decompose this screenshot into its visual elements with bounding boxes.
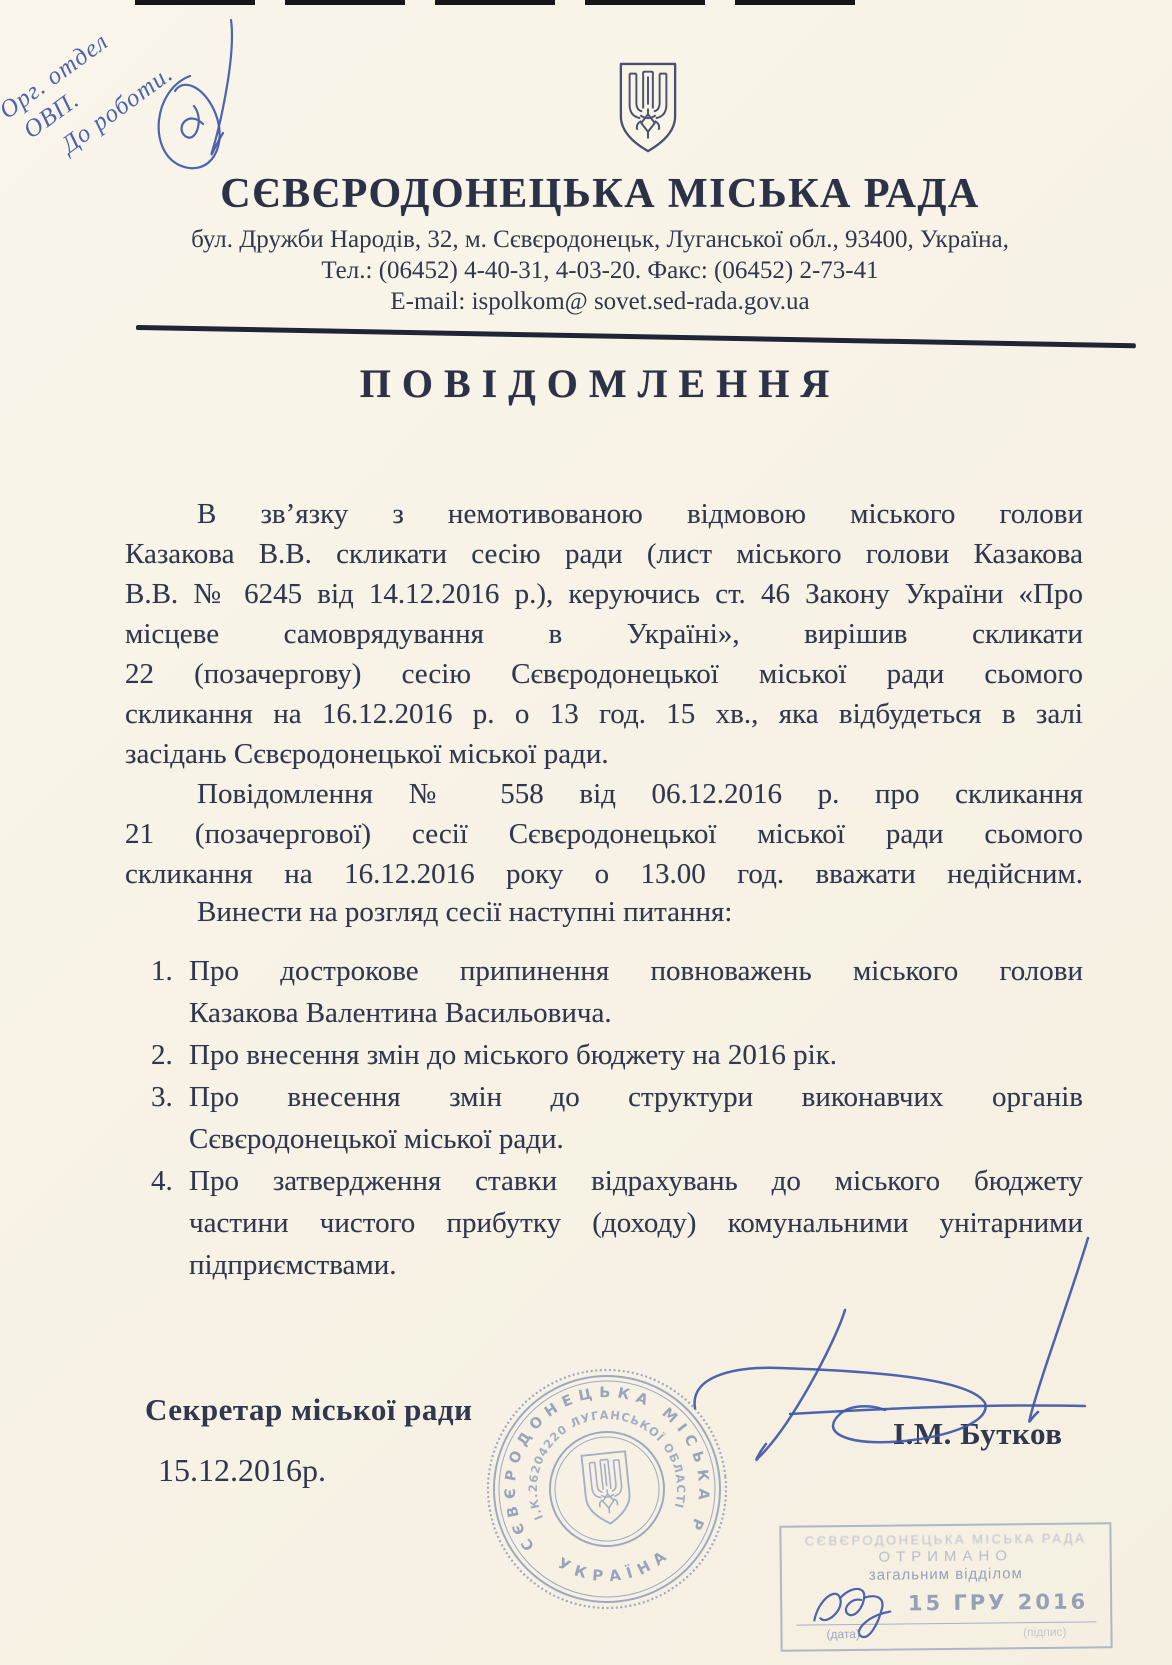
text-line: скликання на 16.12.2016 року о 13.00 год… <box>125 854 1083 894</box>
handwritten-signature-top <box>133 14 258 189</box>
document-title: ПОВІДОМЛЕННЯ <box>14 360 1172 407</box>
text-line: 22 (позачергову) сесію Сєвєродонецької м… <box>125 654 1083 694</box>
header-divider-line <box>136 325 1136 348</box>
text-line: Про дострокове припинення повноважень мі… <box>189 950 1083 992</box>
signer-role: Секретар міської ради <box>145 1392 472 1428</box>
agenda-item-number: 2. <box>151 1034 173 1076</box>
org-phone-fax: Тел.: (06452) 4-40-31, 4-03-20. Факс: (0… <box>14 257 1172 285</box>
org-address: бул. Дружби Народів, 32, м. Сєвєродонець… <box>14 226 1172 254</box>
handwritten-signature-main <box>640 1218 1110 1468</box>
org-name: СЄВЄРОДОНЕЦЬКА МІСЬКА РАДА <box>14 170 1172 218</box>
agenda-item: 1. Про дострокове припинення повноважень… <box>125 950 1083 1034</box>
stamp-sign-row: 15 ГРУ 2016 <box>796 1581 1096 1625</box>
text-line: 21 (позачергової) сесії Сєвєродонецької … <box>125 814 1083 854</box>
text-line: Казакова Валентина Васильовича. <box>189 992 1083 1034</box>
stamp-date: 15 ГРУ 2016 <box>908 1590 1089 1616</box>
text-line: Про внесення змін до міського бюджету на… <box>189 1034 1083 1076</box>
text-line: Про внесення змін до структури виконавчи… <box>189 1076 1083 1118</box>
text-line: В.В. № 6245 від 14.12.2016 р.), керуючис… <box>125 574 1083 614</box>
stamp-received-line: ОТРИМАНО <box>878 1547 1013 1565</box>
agenda-item: 3. Про внесення змін до структури викона… <box>125 1076 1083 1160</box>
text-line: Про затвердження ставки відрахувань до м… <box>189 1160 1083 1202</box>
paragraph-3: Винести на розгляд сесії наступні питанн… <box>125 892 1083 932</box>
stamp-date-caption: (дата) <box>826 1627 860 1641</box>
seal-trident-icon <box>582 1451 633 1526</box>
document-date: 15.12.2016р. <box>158 1452 326 1489</box>
text-line: Сєвєродонецької міської ради. <box>189 1118 1083 1160</box>
paragraph-1: В зв’язку з немотивованою відмовою міськ… <box>125 494 1083 774</box>
org-email: E-mail: ispolkom@ sovet.sed-rada.gov.ua <box>14 288 1172 316</box>
text-line: Винести на розгляд сесії наступні питанн… <box>125 892 1083 932</box>
stamp-org-line: СЄВЄРОДОНЕЦЬКА МІСЬКА РАДА <box>805 1531 1087 1549</box>
received-stamp: СЄВЄРОДОНЕЦЬКА МІСЬКА РАДА ОТРИМАНО зага… <box>779 1522 1112 1651</box>
text-line: Казакова В.В. скликати сесію ради (лист … <box>125 534 1083 574</box>
agenda-item-number: 1. <box>151 950 173 992</box>
text-line: Повідомлення № 558 від 06.12.2016 р. про… <box>125 774 1083 814</box>
text-line: місцеве самоврядування в Україні», виріш… <box>125 614 1083 654</box>
paragraph-2: Повідомлення № 558 від 06.12.2016 р. про… <box>125 774 1083 894</box>
text-line: засідань Сєвєродонецької міської ради. <box>125 734 1083 774</box>
stamp-sign-caption: (підпис) <box>1023 1625 1067 1639</box>
text-line: скликання на 16.12.2016 р. о 13 год. 15 … <box>125 694 1083 734</box>
text-line: В зв’язку з немотивованою відмовою міськ… <box>125 494 1083 534</box>
agenda-item: 2. Про внесення змін до міського бюджету… <box>125 1034 1083 1076</box>
agenda-item-number: 4. <box>151 1160 173 1202</box>
ukraine-trident-emblem <box>617 60 679 155</box>
agenda-item-number: 3. <box>151 1076 173 1118</box>
document-page: Орг. отдел ОВП. До роботи. СЄВЄРОДОНЕЦЬК… <box>0 0 1172 1665</box>
scan-edge-artifact <box>135 0 855 5</box>
